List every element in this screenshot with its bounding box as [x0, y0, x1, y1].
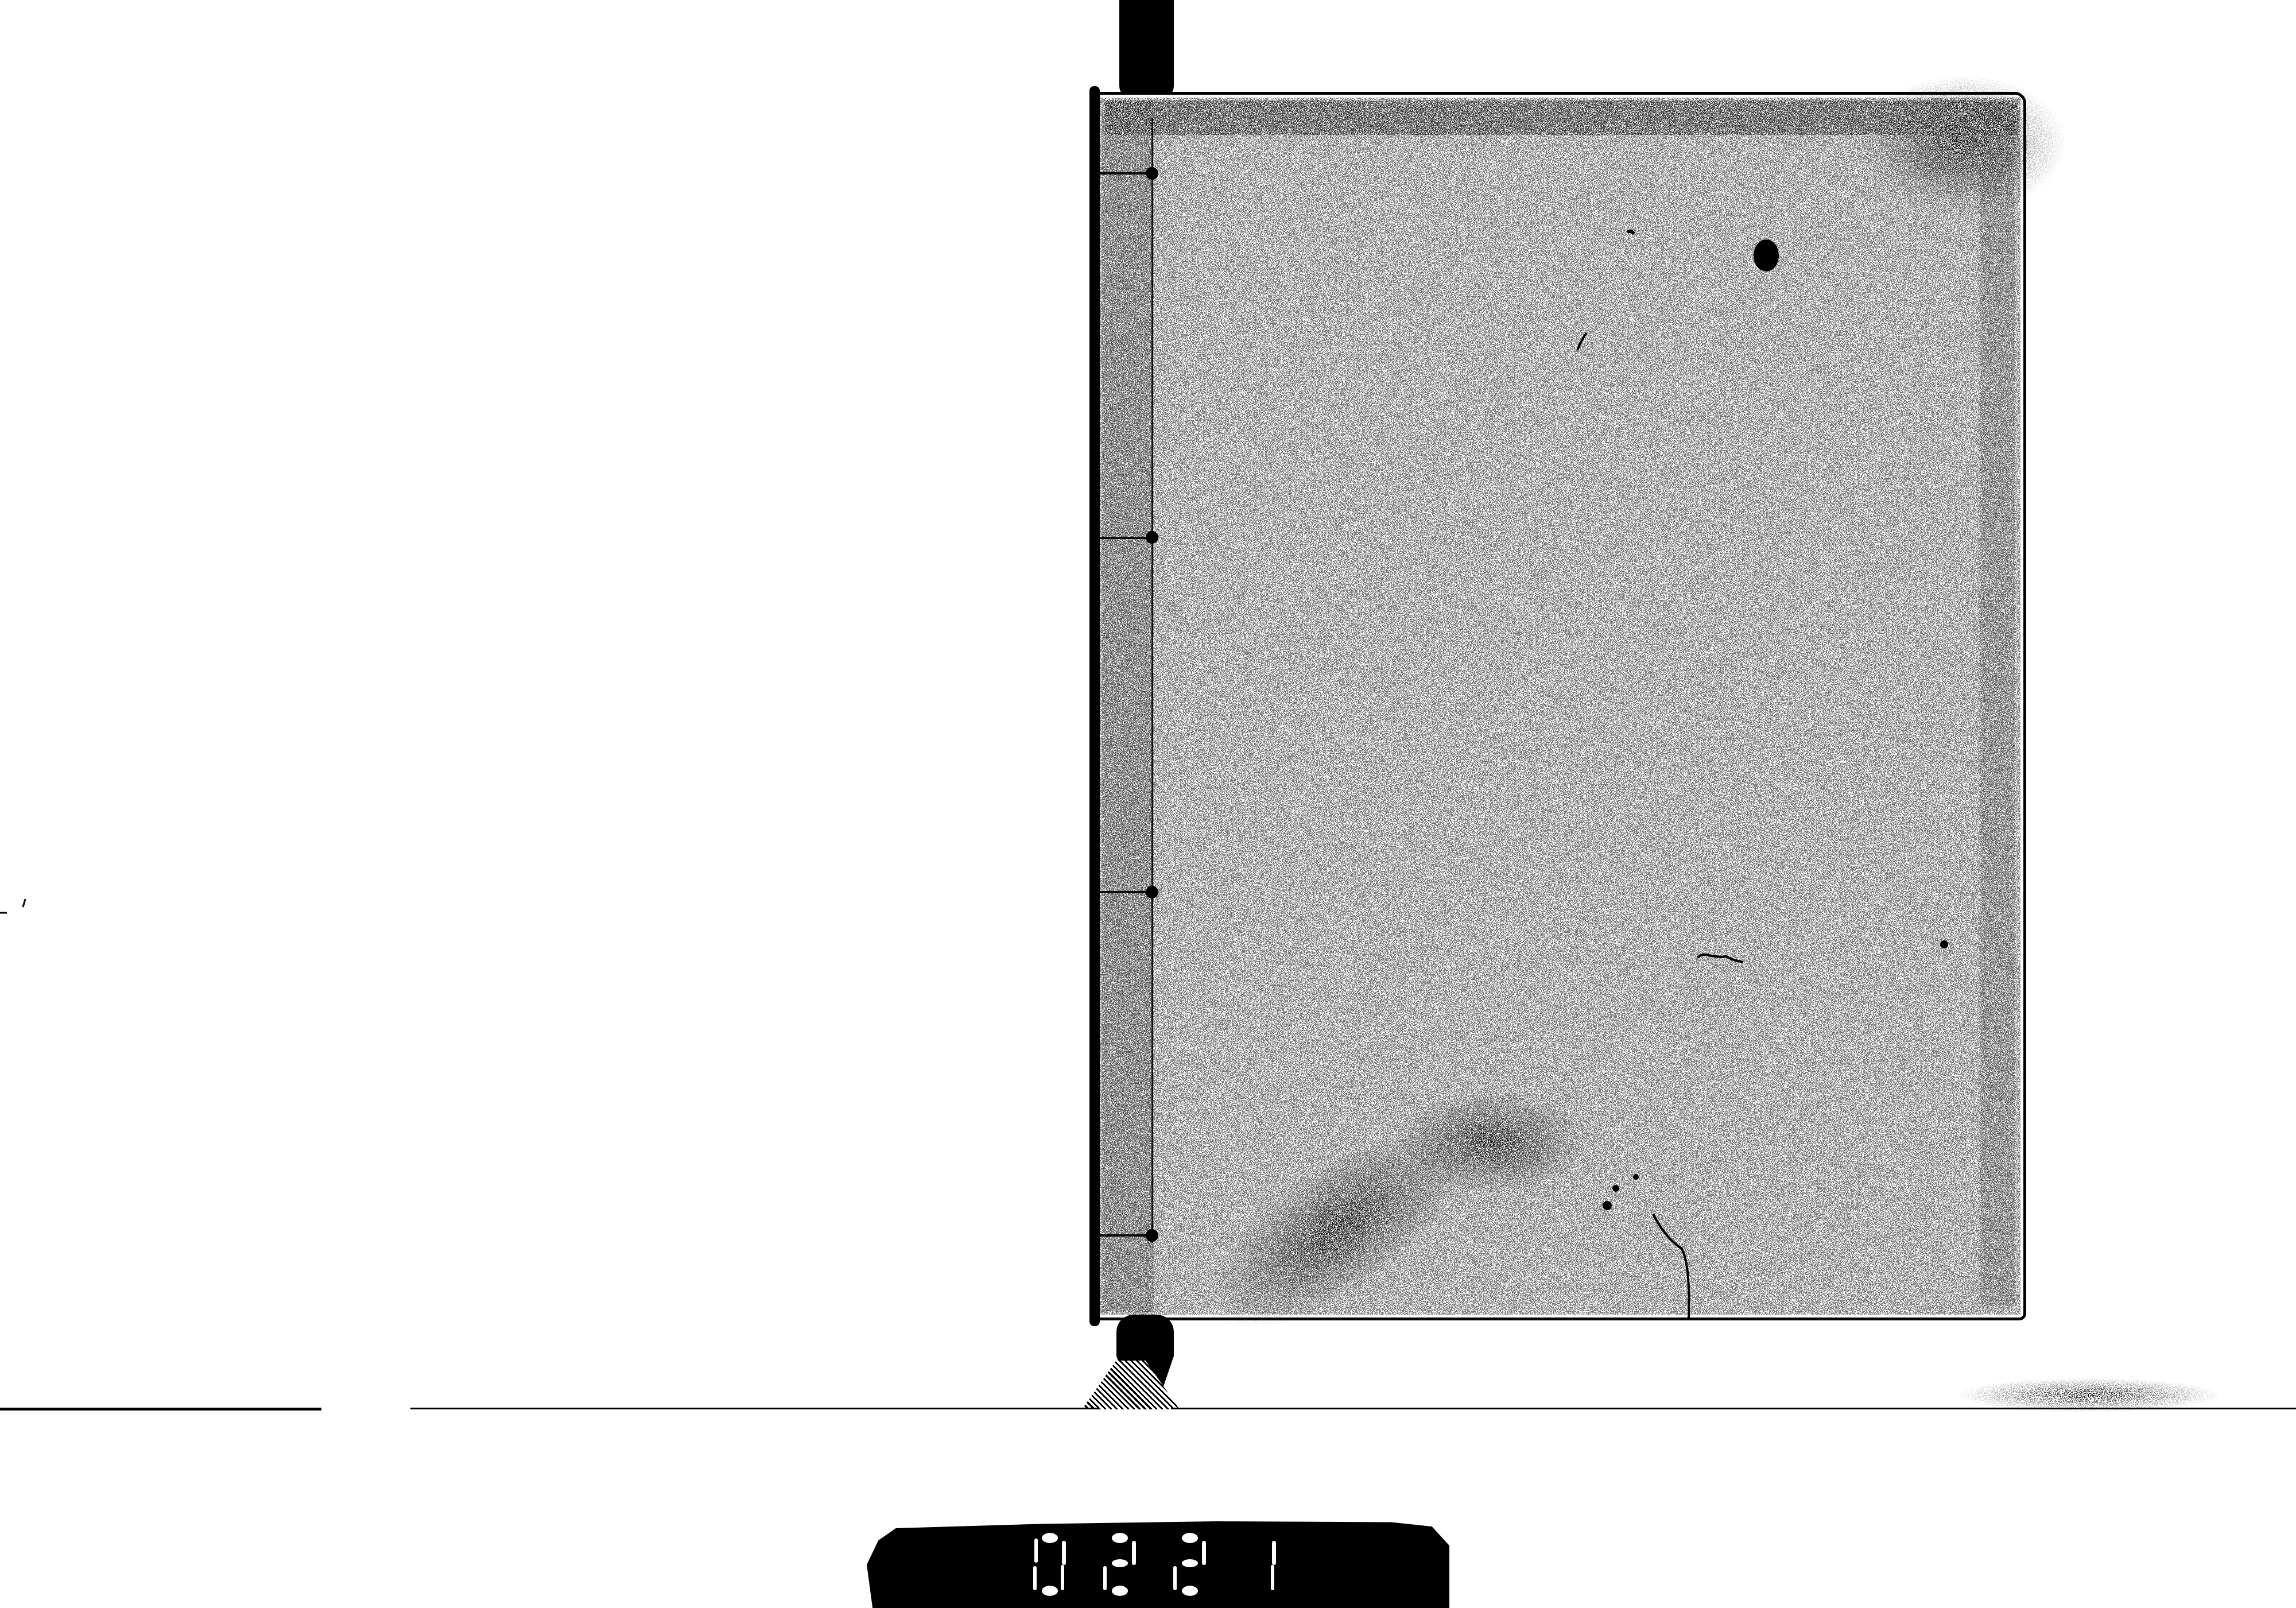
top-clamp — [1119, 0, 1174, 98]
digit-segment — [1272, 1541, 1276, 1565]
digit-segment — [1182, 1533, 1198, 1543]
digit-segment — [1112, 1533, 1128, 1543]
scanned-page: 0221 — [0, 0, 2296, 1608]
frame-number-digits: 0221 — [1033, 1533, 1278, 1602]
digit-segment — [1061, 1565, 1064, 1590]
book-spine-edge — [1089, 86, 1100, 1326]
frame-digit — [1243, 1533, 1278, 1596]
table-edge-line — [0, 1408, 321, 1411]
digit-segment — [1103, 1566, 1107, 1590]
digit-segment — [1042, 1533, 1058, 1543]
digit-segment — [1182, 1586, 1198, 1596]
table-edge-line — [1171, 1408, 2296, 1409]
digit-segment — [1034, 1539, 1038, 1563]
stitch-hole — [1146, 531, 1158, 544]
frame-digit — [1103, 1533, 1138, 1596]
frame-digit — [1033, 1533, 1068, 1596]
digit-segment — [1132, 1541, 1136, 1565]
digit-segment — [1202, 1541, 1206, 1565]
stitch-hole — [1146, 1229, 1158, 1242]
stitch-hole — [1146, 886, 1158, 898]
digit-segment — [1271, 1565, 1274, 1590]
binding-fold-line — [1151, 118, 1153, 1243]
book-cover — [1093, 92, 2026, 1320]
digit-segment — [1112, 1559, 1128, 1567]
frame-digit — [1173, 1533, 1208, 1596]
digit-segment — [1062, 1541, 1066, 1565]
table-edge-line — [410, 1408, 1099, 1409]
digit-segment — [1173, 1566, 1177, 1590]
digit-segment — [1042, 1586, 1058, 1596]
stitch-hole — [1146, 167, 1158, 180]
digit-segment — [1112, 1586, 1128, 1596]
digit-segment — [1182, 1559, 1198, 1567]
digit-segment — [1033, 1566, 1037, 1590]
